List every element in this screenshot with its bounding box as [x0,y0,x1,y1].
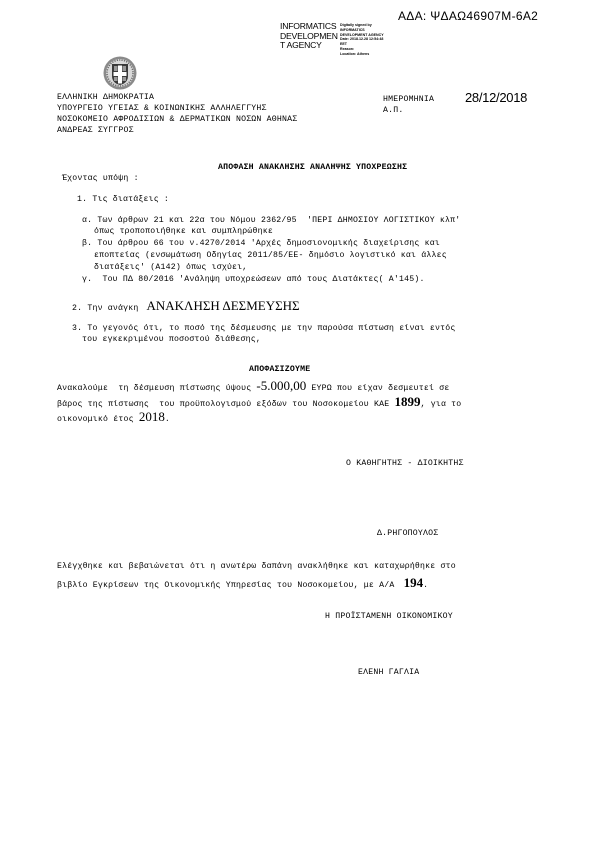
verification-text: βιβλίο Εγκρίσεων της Οικονομικής Υπηρεσί… [57,581,400,590]
signature-detail: INFORMATICS [340,28,365,32]
decision-text: . [165,415,170,424]
digital-signature-org: INFORMATICSDEVELOPMENT AGENCY [280,22,338,51]
decision-heading: ΑΠΟΦΑΣΙΖΟΥΜΕ [249,365,310,374]
item-1b-line1: β. Του άρθρου 66 του ν.4270/2014 'Αρχές … [82,239,440,248]
kae-code: 1899 [394,394,420,409]
signatory-director-name: Δ.ΡΗΓΟΠΟΥΛΟΣ [377,529,438,538]
item-2-value: ΑΝΑΚΛΗΣΗ ΔΕΣΜΕΥΣΗΣ [146,298,299,313]
item-2: 2. Την ανάγκηΑΝΑΚΛΗΣΗ ΔΕΣΜΕΥΣΗΣ [72,297,300,315]
signature-detail: EET [340,42,347,46]
signature-detail: Digitally signed by [340,23,372,27]
date-value: 28/12/2018 [465,90,527,105]
header-country: ΕΛΛΗΝΙΚΗ ΔΗΜΟΚΡΑΤΙΑ [57,92,154,104]
protocol-number-label: Α.Π. [383,106,403,115]
item-1b-line3: διατάξεις' (Α142) όπως ισχύει, [94,263,247,272]
header-hospital: ΝΟΣΟΚΟΜΕΙΟ ΑΦΡΟΔΙΣΙΩΝ & ΔΕΡΜΑΤΙΚΩΝ ΝΟΣΩΝ… [57,114,297,126]
date-label: ΗΜΕΡΟΜΗΝΙΑ [383,95,434,104]
signature-org-line: INFORMATICS [280,21,336,31]
item-1c-line1: γ. Του ΠΔ 80/2016 'Ανάληψη υποχρεώσεων α… [82,275,425,284]
verification-text: . [423,581,428,590]
item-1a-line2: όπως τροποποιήθηκε και συμπληρώθηκε [94,227,273,236]
decision-text: Ανακαλούμε τη δέσμευση πίστωσης ύψους [57,384,256,393]
signature-org-line: T AGENCY [280,40,322,50]
verification-line1: Ελέγχθηκε και βεβαιώνεται ότι η ανωτέρω … [57,562,456,571]
signatory-finance-role: Η ΠΡΟΪΣΤΑΜΕΝΗ ΟΙΚΟΝΟΜΙΚΟΥ [325,612,453,621]
signatory-director-role: Ο ΚΑΘΗΓΗΤΗΣ - ΔΙΟΙΚΗΤΗΣ [346,459,464,468]
signature-detail: DEVELOPMENT AGENCY [340,33,384,37]
item-3-line2: του εγκεκριμένου ποσοστού διάθεσης, [82,335,261,344]
item-1a-line1: α. Των άρθρων 21 και 22α του Νόμου 2362/… [82,216,460,225]
ada-identifier: ΑΔΑ: ΨΔΑΩ46907Μ-6Α2 [398,9,538,23]
considering-label: Έχοντας υπόψη : [62,174,139,183]
signatory-finance-name: ΕΛΕΝΗ ΓΑΓΛΙΑ [358,668,419,677]
verification-line2: βιβλίο Εγκρίσεων της Οικονομικής Υπηρεσί… [57,574,428,592]
decision-text: οικονομικό έτος [57,415,139,424]
decision-line3: οικονομικό έτος 2018. [57,408,170,426]
item-1b-line2: εποπτείας (ενσωμάτωση Οδηγίας 2011/85/ΕΕ… [94,251,447,260]
signature-org-line: DEVELOPMEN [280,31,338,41]
signature-detail: Reason: [340,47,354,51]
digital-signature-details: Digitally signed byINFORMATICSDEVELOPMEN… [340,23,384,57]
document-title: ΑΠΟΦΑΣΗ ΑΝΑΚΛΗΣΗΣ ΑΝΑΛΗΨΗΣ ΥΠΟΧΡΕΩΣΗΣ [218,163,407,172]
decision-text: ΕΥΡΩ που είχαν δεσμευτεί σε [306,384,449,393]
fiscal-year: 2018 [139,409,165,424]
greek-emblem-icon [87,38,121,72]
document-page: ΑΔΑ: ΨΔΑΩ46907Μ-6Α2 INFORMATICSDEVELOPME… [0,0,595,842]
signature-detail: Date: 2018.12.28 12:54:48 [340,37,383,41]
registry-number: 194 [404,575,424,590]
header-hospital-name: ΑΝΔΡΕΑΣ ΣΥΓΓΡΟΣ [57,125,134,137]
amount-value: -5.000,00 [256,378,306,393]
item-2-prefix: 2. Την ανάγκη [72,304,138,313]
item-1: 1. Τις διατάξεις : [77,195,169,204]
signature-detail: Location: Athens [340,52,369,56]
decision-text: , για το [420,400,461,409]
item-3-line1: 3. Το γεγονός ότι, το ποσό της δέσμευσης… [72,324,456,333]
header-ministry: ΥΠΟΥΡΓΕΙΟ ΥΓΕΙΑΣ & ΚΟΙΝΩΝΙΚΗΣ ΑΛΛΗΛΕΓΓΥΗ… [57,103,267,115]
